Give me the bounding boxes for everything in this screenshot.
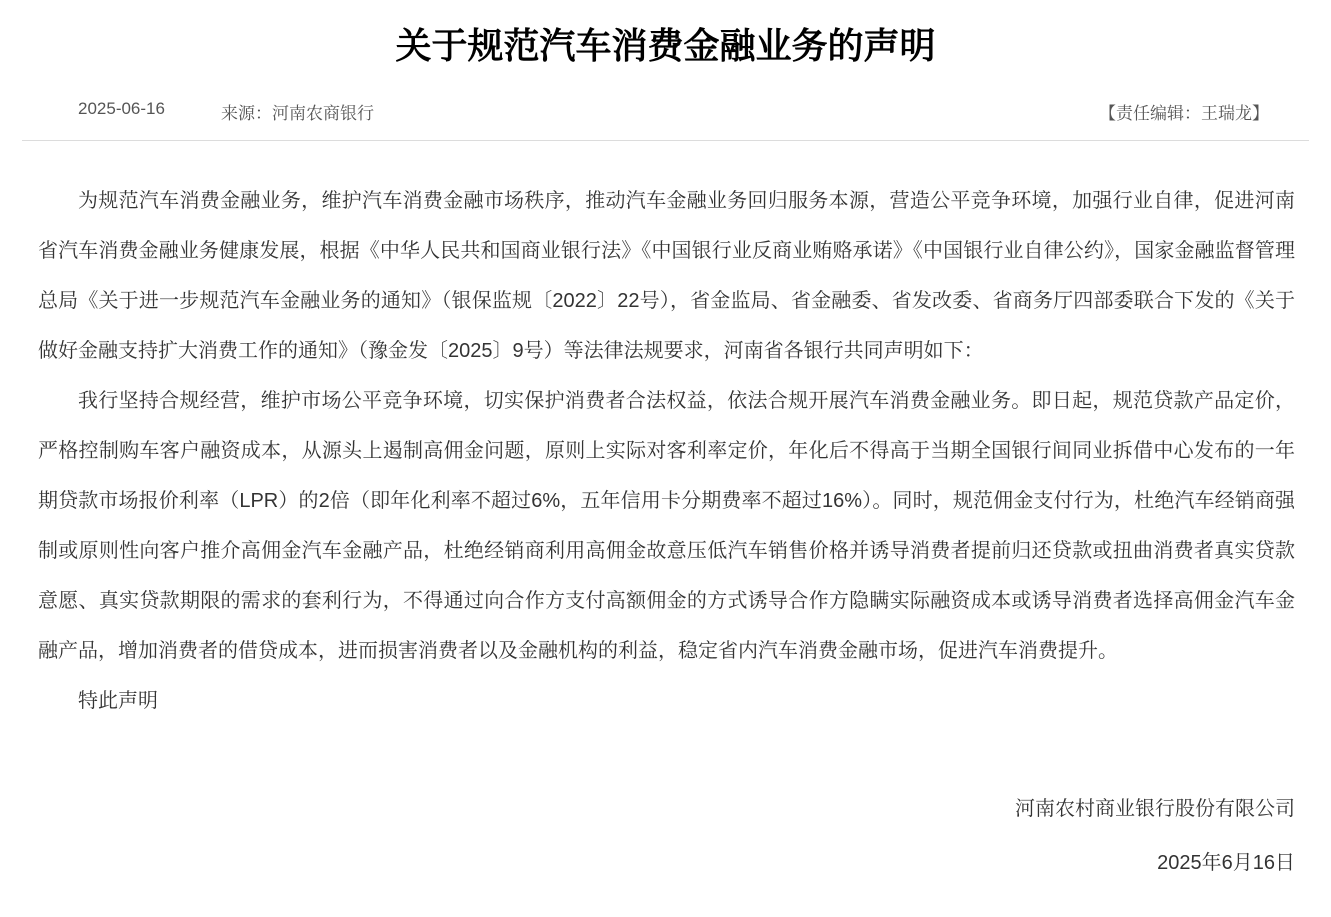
page-title: 关于规范汽车消费金融业务的声明 xyxy=(0,24,1331,67)
meta-row: 2025-06-16 来源：河南农商银行 【责任编辑：王瑞龙】 xyxy=(0,99,1331,124)
paragraph-closing: 特此声明 xyxy=(38,676,1295,726)
source-label: 来源：河南农商银行 xyxy=(221,99,374,124)
paragraph-statement: 我行坚持合规经营，维护市场公平竞争环境，切实保护消费者合法权益，依法合规开展汽车… xyxy=(38,376,1295,676)
editor-label: 【责任编辑：王瑞龙】 xyxy=(1099,104,1269,123)
signature-date: 2025年6月16日 xyxy=(38,838,1295,888)
article-content: 为规范汽车消费金融业务，维护汽车消费金融市场秩序，推动汽车金融业务回归服务本源，… xyxy=(0,141,1331,888)
paragraph-intro: 为规范汽车消费金融业务，维护汽车消费金融市场秩序，推动汽车金融业务回归服务本源，… xyxy=(38,176,1295,376)
article-page: 关于规范汽车消费金融业务的声明 2025-06-16 来源：河南农商银行 【责任… xyxy=(0,0,1331,917)
meta-right: 【责任编辑：王瑞龙】 xyxy=(1099,99,1269,124)
publish-date: 2025-06-16 xyxy=(78,99,165,124)
signature-company: 河南农村商业银行股份有限公司 xyxy=(38,784,1295,834)
meta-left: 2025-06-16 来源：河南农商银行 xyxy=(78,99,374,124)
